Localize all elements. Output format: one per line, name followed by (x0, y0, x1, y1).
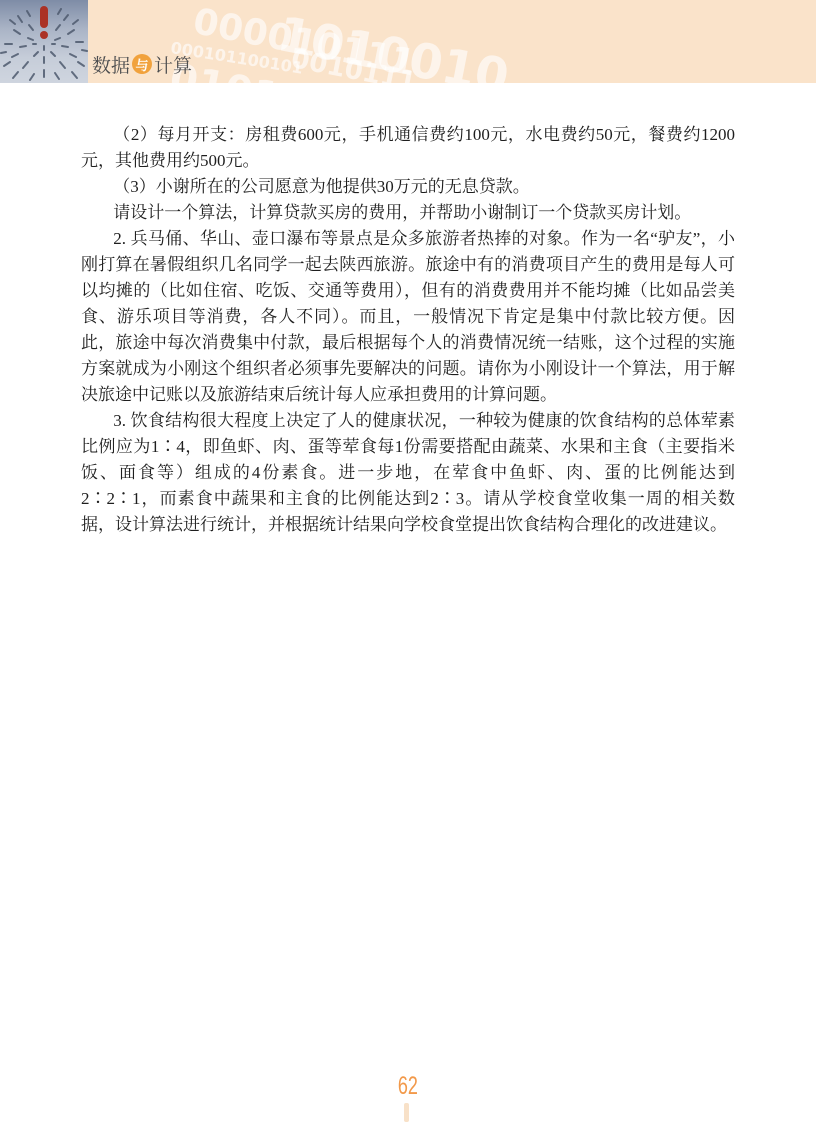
chapter-title-part1: 数据 (92, 51, 130, 78)
page-header: 000010111 1010010 000101100101 0010111 0… (0, 0, 816, 83)
chapter-title: 数据 与 计算 (92, 53, 192, 75)
page-content: （2）每月开支：房租费600元，手机通信费约100元，水电费约50元，餐费约12… (81, 122, 735, 538)
crowd-photo-graphic (0, 0, 88, 83)
page-number-tick (404, 1103, 409, 1122)
paragraph-problem-3-diet: 3. 饮食结构很大程度上决定了人的健康状况，一种较为健康的饮食结构的总体荤素比例… (81, 408, 735, 538)
paragraph-problem-2-travel: 2. 兵马俑、华山、壶口瀑布等景点是众多旅游者热捧的对象。作为一名“驴友”，小刚… (81, 226, 735, 408)
crowd-exclamation-photo (0, 0, 88, 83)
chapter-title-part2: 计算 (154, 51, 192, 78)
paragraph-task-house-plan: 请设计一个算法，计算贷款买房的费用，并帮助小谢制订一个贷款买房计划。 (81, 200, 735, 226)
exclamation-icon (40, 6, 48, 39)
paragraph-company-loan: （3）小谢所在的公司愿意为他提供30万元的无息贷款。 (81, 174, 735, 200)
page-number-row: 62 (0, 1074, 816, 1099)
page-number: 62 (398, 1074, 418, 1099)
chapter-title-badge: 与 (132, 54, 152, 74)
paragraph-monthly-expenses: （2）每月开支：房租费600元，手机通信费约100元，水电费约50元，餐费约12… (81, 122, 735, 174)
